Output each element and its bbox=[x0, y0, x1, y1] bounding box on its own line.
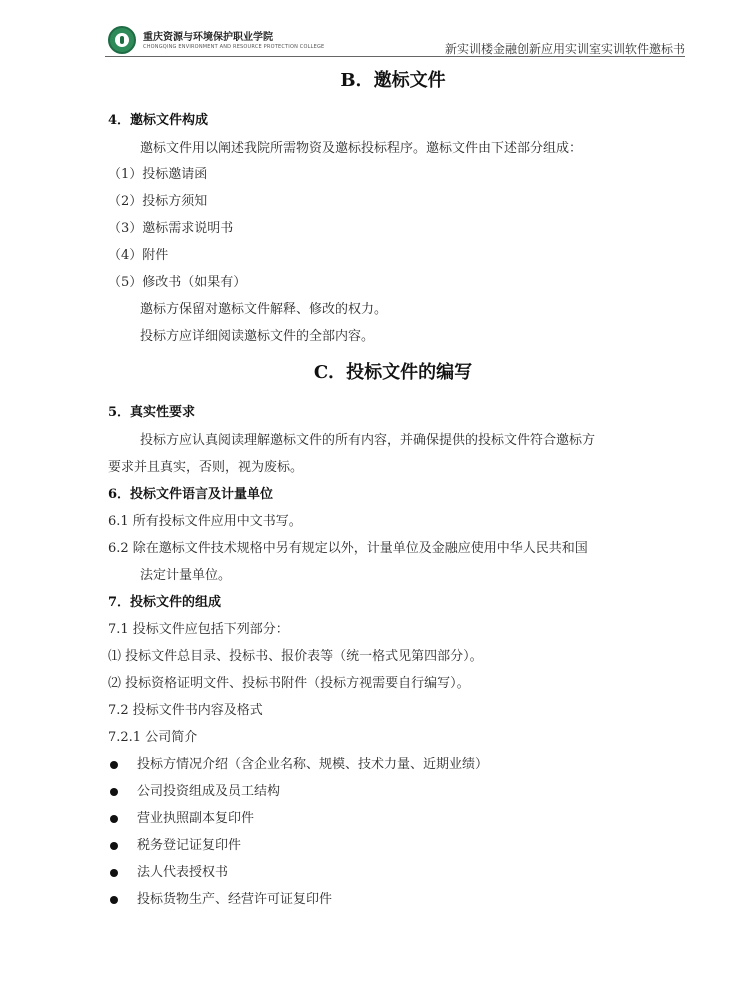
school-logo-icon bbox=[108, 26, 136, 54]
paragraph-intro: 邀标文件用以阐述我院所需物资及邀标投标程序。邀标文件由下述部分组成： bbox=[140, 140, 582, 158]
paragraph: 6.1 所有投标文件应用中文书写。 bbox=[108, 513, 302, 531]
section-title-c: C．投标文件的编写 bbox=[108, 364, 678, 382]
paragraph: 7.2.1 公司简介 bbox=[108, 729, 197, 747]
page-header: 重庆资源与环境保护职业学院 CHONGQING ENVIRONMENT AND … bbox=[105, 24, 685, 58]
list-item: （1）投标邀请函 bbox=[108, 166, 207, 184]
list-item: （3）邀标需求说明书 bbox=[108, 220, 233, 238]
paragraph: ⑴ 投标文件总目录、投标书、报价表等（统一格式见第四部分）。 bbox=[108, 648, 483, 666]
bullet-icon bbox=[110, 761, 118, 769]
heading-4: 4．邀标文件构成 bbox=[108, 112, 208, 130]
bullet-icon bbox=[110, 896, 118, 904]
list-item: （2）投标方须知 bbox=[108, 193, 207, 211]
paragraph-note: 邀标方保留对邀标文件解释、修改的权力。 bbox=[140, 301, 387, 319]
paragraph: 投标方应认真阅读理解邀标文件的所有内容，并确保提供的投标文件符合邀标方 bbox=[140, 432, 595, 450]
bullet-icon bbox=[110, 842, 118, 850]
header-divider bbox=[105, 56, 685, 57]
bullet-item: 公司投资组成及员工结构 bbox=[110, 783, 670, 801]
heading-7: 7．投标文件的组成 bbox=[108, 594, 221, 612]
bullet-item: 投标货物生产、经营许可证复印件 bbox=[110, 891, 670, 909]
bullet-item: 法人代表授权书 bbox=[110, 864, 670, 882]
bullet-icon bbox=[110, 869, 118, 877]
section-title-b: B．邀标文件 bbox=[108, 72, 678, 90]
bullet-item: 税务登记证复印件 bbox=[110, 837, 670, 855]
paragraph: 7.2 投标文件书内容及格式 bbox=[108, 702, 263, 720]
paragraph-note: 投标方应详细阅读邀标文件的全部内容。 bbox=[140, 328, 374, 346]
school-name: 重庆资源与环境保护职业学院 bbox=[143, 28, 273, 43]
bullet-icon bbox=[110, 815, 118, 823]
paragraph: 法定计量单位。 bbox=[140, 567, 231, 585]
paragraph: 要求并且真实，否则，视为废标。 bbox=[108, 459, 303, 477]
school-name-en: CHONGQING ENVIRONMENT AND RESOURCE PROTE… bbox=[143, 44, 324, 50]
heading-5: 5．真实性要求 bbox=[108, 404, 195, 422]
paragraph: 7.1 投标文件应包括下列部分： bbox=[108, 621, 289, 639]
bullet-icon bbox=[110, 788, 118, 796]
paragraph: ⑵ 投标资格证明文件、投标书附件（投标方视需要自行编写）。 bbox=[108, 675, 470, 693]
heading-6: 6．投标文件语言及计量单位 bbox=[108, 486, 273, 504]
list-item: （5）修改书（如果有） bbox=[108, 274, 246, 292]
bullet-item: 投标方情况介绍（含企业名称、规模、技术力量、近期业绩） bbox=[110, 756, 670, 774]
list-item: （4）附件 bbox=[108, 247, 168, 265]
document-title: 新实训楼金融创新应用实训室实训软件邀标书 bbox=[445, 40, 685, 57]
bullet-item: 营业执照副本复印件 bbox=[110, 810, 670, 828]
paragraph: 6.2 除在邀标文件技术规格中另有规定以外，计量单位及金融应使用中华人民共和国 bbox=[108, 540, 588, 558]
